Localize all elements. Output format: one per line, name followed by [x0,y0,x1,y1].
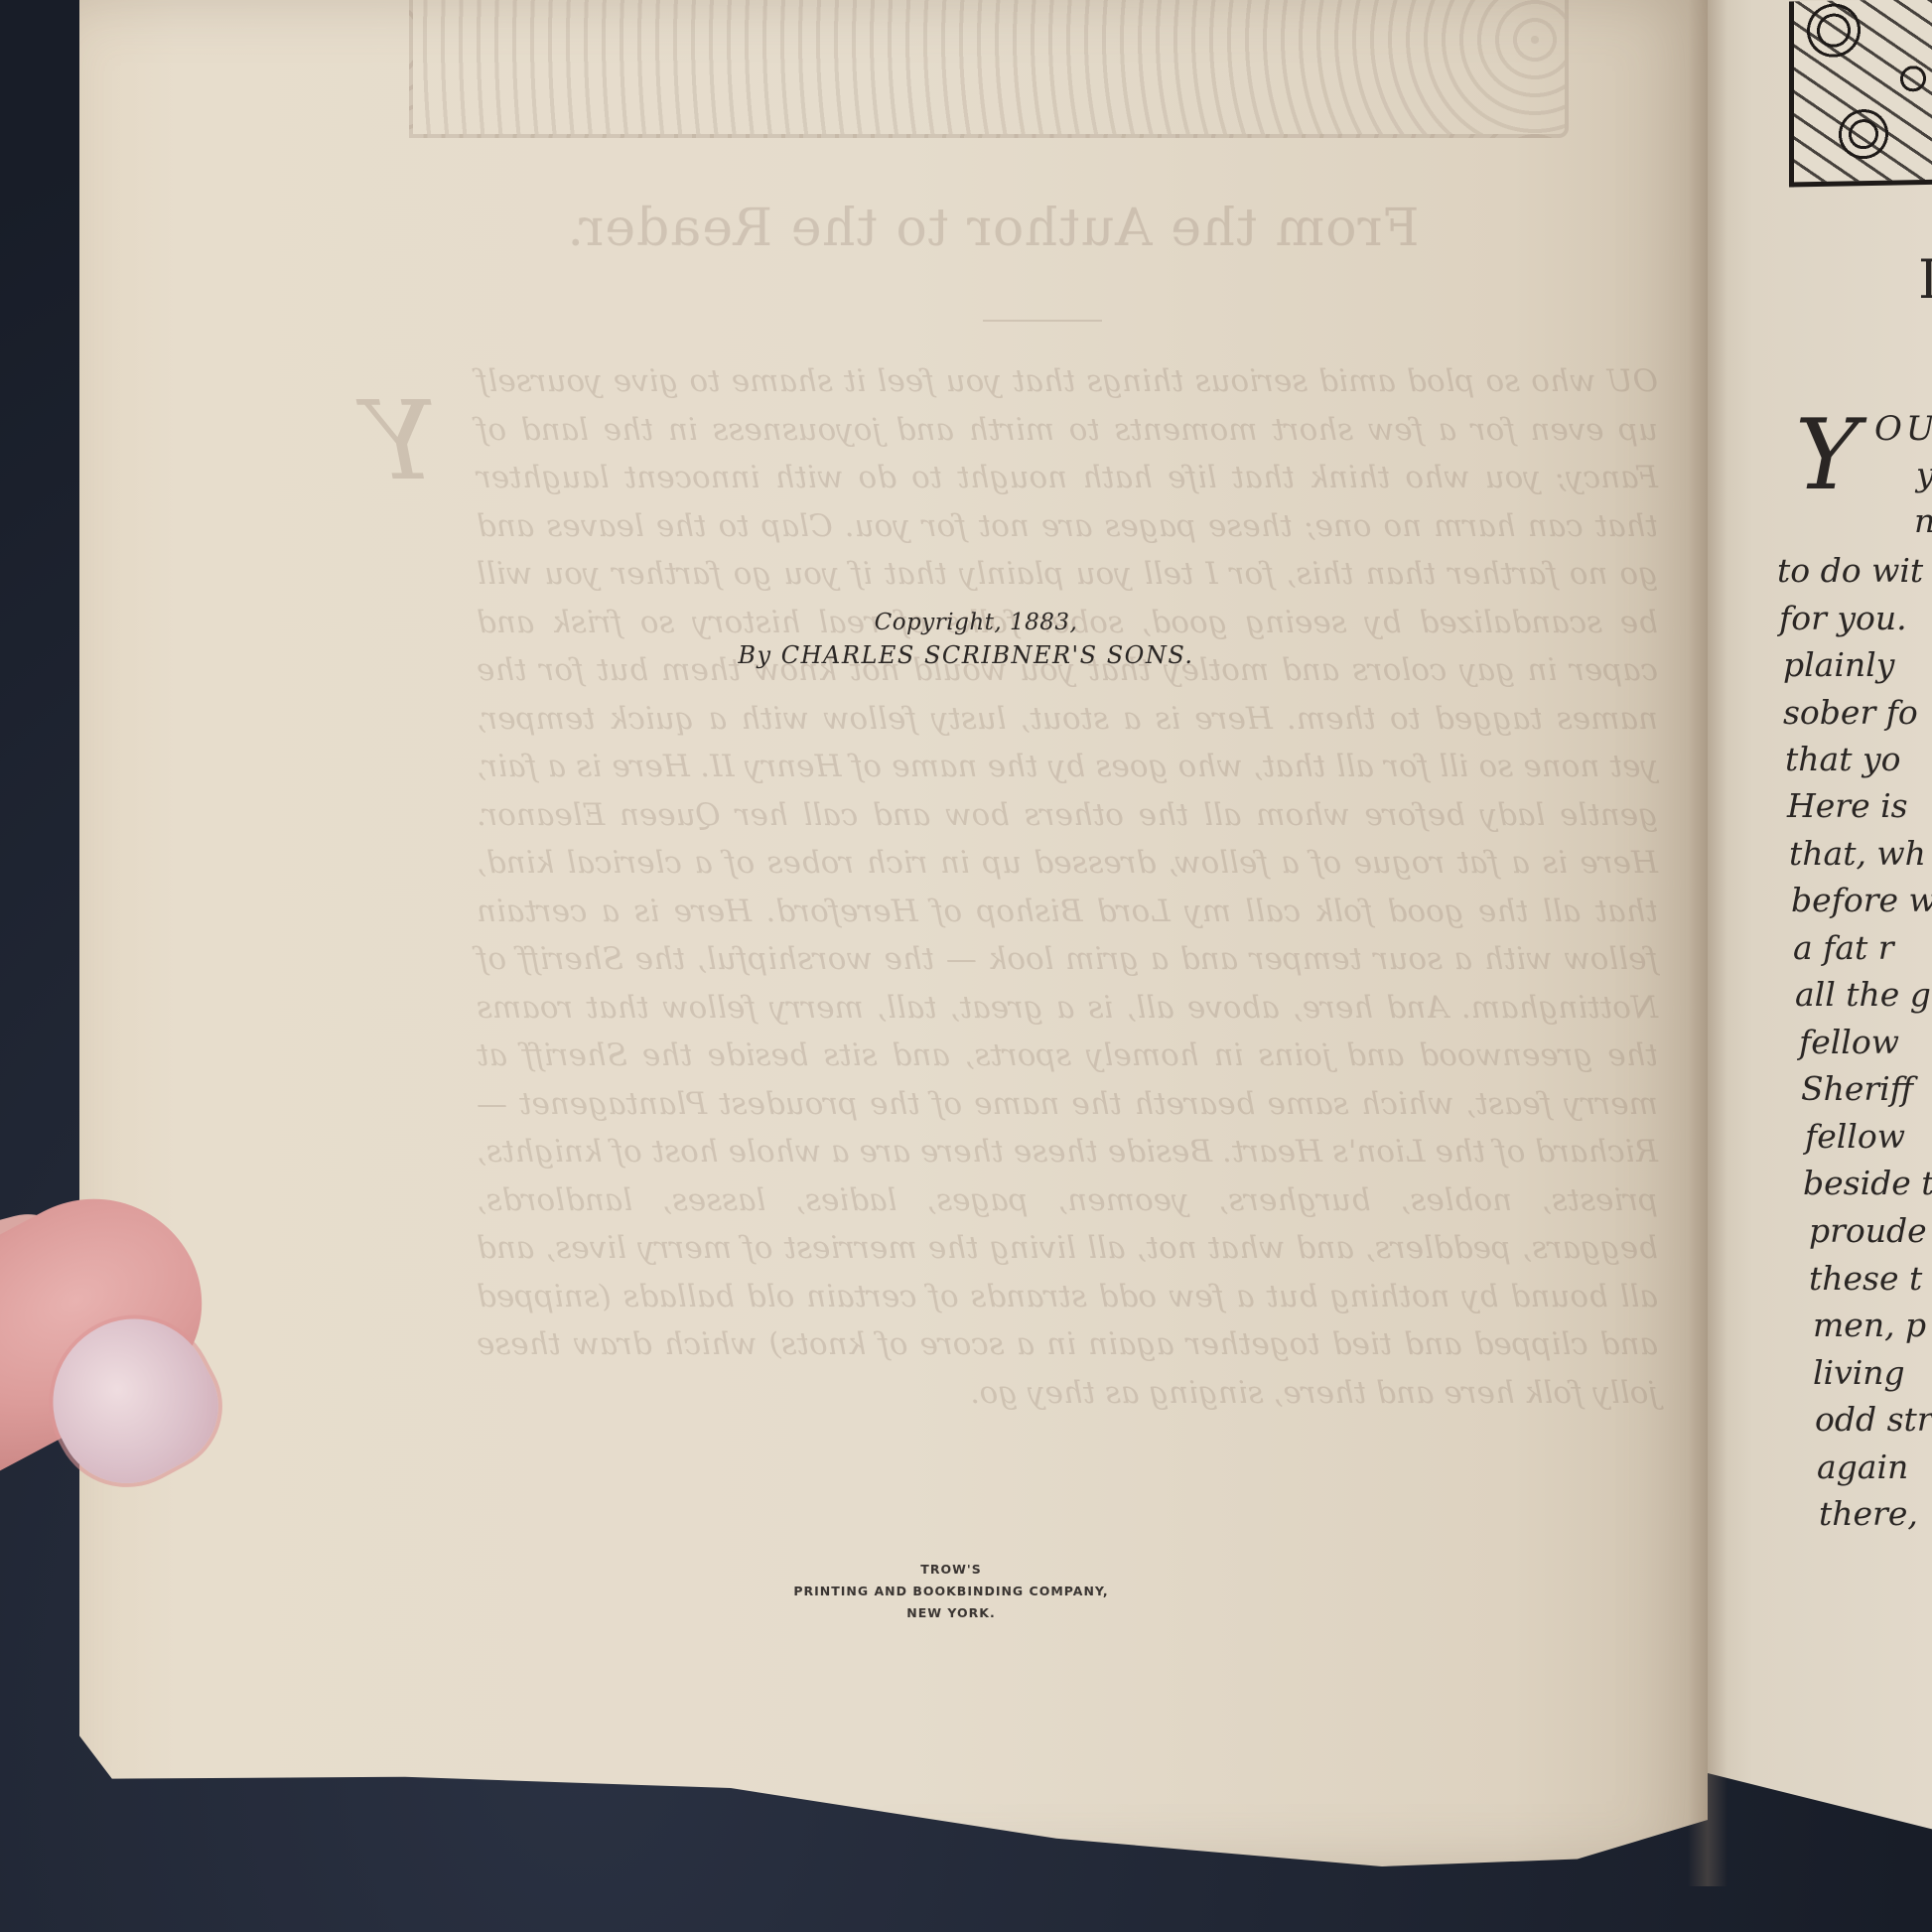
preface-heading-fragment: I [1918,248,1932,311]
preface-line: proude [1809,1211,1927,1250]
preface-line: Here is [1787,786,1908,825]
preface-line: for you. [1779,599,1907,637]
preface-line: again [1817,1448,1908,1486]
preface-line: n [1914,501,1932,540]
preface-line: men, p [1813,1306,1926,1344]
preface-drop-cap: Y [1795,399,1860,512]
preface-line: plainly [1783,645,1894,684]
imprint-line-3: NEW YORK. [0,1602,1932,1624]
preface-line: to do wit [1777,551,1923,590]
preface-line: y [1916,455,1932,493]
preface-line: all the g [1795,975,1931,1014]
preface-line: beside t [1803,1164,1932,1202]
imprint-line-2: PRINTING AND BOOKBINDING COMPANY, [0,1581,1932,1602]
preface-line: a fat r [1793,928,1894,967]
copyright-line: Copyright, 1883, [20,610,1932,635]
show-through-rule [983,320,1102,322]
preface-line: before w [1791,881,1932,919]
preface-line: living [1813,1353,1905,1392]
printer-imprint: TROW'S PRINTING AND BOOKBINDING COMPANY,… [0,1559,1932,1624]
copyright-block: Copyright, 1883, By CHARLES SCRIBNER'S S… [0,610,1932,669]
publisher-line: By CHARLES SCRIBNER'S SONS. [0,641,1932,669]
preface-line: there, [1819,1494,1918,1533]
preface-line: that, wh [1789,834,1926,873]
imprint-line-1: TROW'S [0,1559,1932,1581]
preface-line: that yo [1785,740,1900,778]
show-through-title: From the Author to the Reader. [328,199,1658,258]
preface-line: fellow [1805,1117,1905,1156]
show-through-ornament-band [409,0,1569,138]
preface-line: sober fo [1783,693,1918,732]
preface-line: fellow [1799,1023,1899,1061]
preface-line: Sheriff [1801,1069,1913,1108]
preface-line: these t [1809,1259,1922,1298]
preface-line: OU [1874,409,1932,449]
preface-line: odd str [1815,1400,1932,1439]
show-through-body: OU who so plod amid serious things that … [328,357,1658,1417]
floral-ornament-icon [1789,0,1932,187]
